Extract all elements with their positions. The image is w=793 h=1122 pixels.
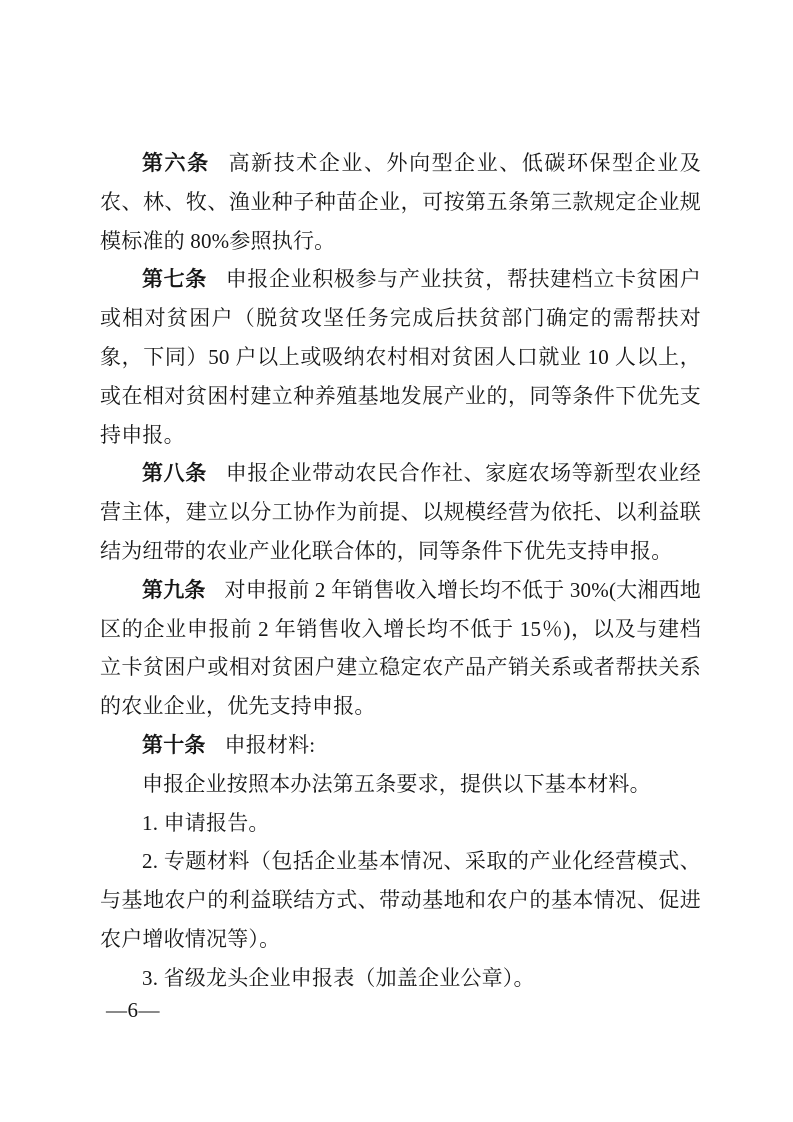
materials-intro-text: 申报企业按照本办法第五条要求，提供以下基本材料。 (142, 772, 651, 796)
article-7-label: 第七条 (142, 267, 207, 291)
paragraph-article-8: 第八条申报企业带动农民合作社、家庭农场等新型农业经营主体，建立以分工协作为前提、… (100, 454, 701, 570)
paragraph-material-item-1: 1. 申请报告。 (100, 804, 701, 843)
paragraph-material-item-2: 2. 专题材料（包括企业基本情况、采取的产业化经营模式、与基地农户的利益联结方式… (100, 842, 701, 958)
article-6-label: 第六条 (142, 151, 210, 175)
paragraph-materials-intro: 申报企业按照本办法第五条要求，提供以下基本材料。 (100, 765, 701, 804)
paragraph-article-9: 第九条对申报前 2 年销售收入增长均不低于 30%(大湘西地区的企业申报前 2 … (100, 571, 701, 726)
document-body: 第六条高新技术企业、外向型企业、低碳环保型企业及农、林、牧、渔业种子种苗企业，可… (100, 144, 701, 998)
page-number: —6— (106, 998, 160, 1023)
article-10-text: 申报材料: (225, 733, 316, 757)
paragraph-article-10: 第十条申报材料: (100, 726, 701, 765)
paragraph-article-7: 第七条申报企业积极参与产业扶贫，帮扶建档立卡贫困户或相对贫困户（脱贫攻坚任务完成… (100, 260, 701, 454)
paragraph-material-item-3: 3. 省级龙头企业申报表（加盖企业公章）。 (100, 959, 701, 998)
article-7-text: 申报企业积极参与产业扶贫，帮扶建档立卡贫困户或相对贫困户（脱贫攻坚任务完成后扶贫… (100, 267, 701, 446)
article-8-label: 第八条 (142, 461, 207, 485)
material-item-2-text: 2. 专题材料（包括企业基本情况、采取的产业化经营模式、与基地农户的利益联结方式… (100, 849, 701, 951)
paragraph-article-6: 第六条高新技术企业、外向型企业、低碳环保型企业及农、林、牧、渔业种子种苗企业，可… (100, 144, 701, 260)
material-item-3-text: 3. 省级龙头企业申报表（加盖企业公章）。 (142, 966, 535, 990)
article-10-label: 第十条 (142, 733, 206, 757)
document-page: 第六条高新技术企业、外向型企业、低碳环保型企业及农、林、牧、渔业种子种苗企业，可… (0, 0, 793, 1122)
article-9-label: 第九条 (142, 578, 206, 602)
material-item-1-text: 1. 申请报告。 (142, 811, 270, 835)
